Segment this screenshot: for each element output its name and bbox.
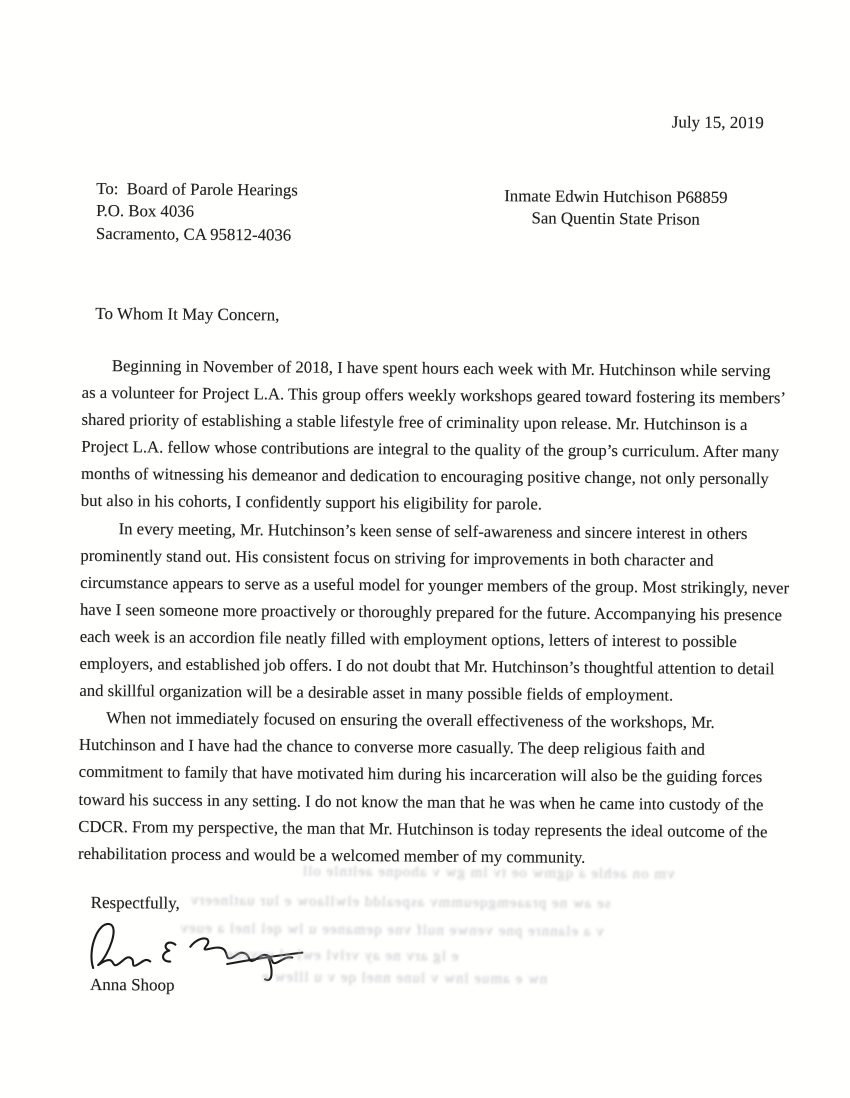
- typed-signature-name: Anna Shoop: [90, 975, 175, 996]
- letter-content: July 15, 2019 To: Board of Parole Hearin…: [0, 0, 850, 1098]
- recipient-address-line: P.O. Box 4036: [96, 200, 298, 224]
- recipient-address-block: To: Board of Parole HearingsP.O. Box 403…: [96, 178, 298, 246]
- recipient-address-line: To: Board of Parole Hearings: [96, 178, 298, 202]
- scanned-letter-page: July 15, 2019 To: Board of Parole Hearin…: [0, 0, 850, 1098]
- inmate-info-block: Inmate Edwin Hutchison P68859San Quentin…: [504, 185, 728, 231]
- paragraph-3: When not immediately focused on ensuring…: [78, 704, 779, 872]
- inmate-info-line: San Quentin State Prison: [504, 207, 727, 231]
- recipient-address-line: Sacramento, CA 95812-4036: [96, 223, 298, 247]
- bleedthrough-ghost-line: se aw ne praaemgqeummv aspealdd elwllaow…: [190, 893, 611, 913]
- salutation: To Whom It May Concern,: [95, 304, 279, 325]
- body-line: rehabilitation process and would be a we…: [78, 840, 778, 873]
- letter-date: July 15, 2019: [672, 112, 764, 133]
- letter-body: Beginning in November of 2018, I have sp…: [78, 352, 782, 872]
- paragraph-2: In every meeting, Mr. Hutchinson’s keen …: [79, 514, 780, 709]
- inmate-info-line: Inmate Edwin Hutchison P68859: [504, 185, 727, 209]
- paragraph-1: Beginning in November of 2018, I have sp…: [81, 352, 782, 520]
